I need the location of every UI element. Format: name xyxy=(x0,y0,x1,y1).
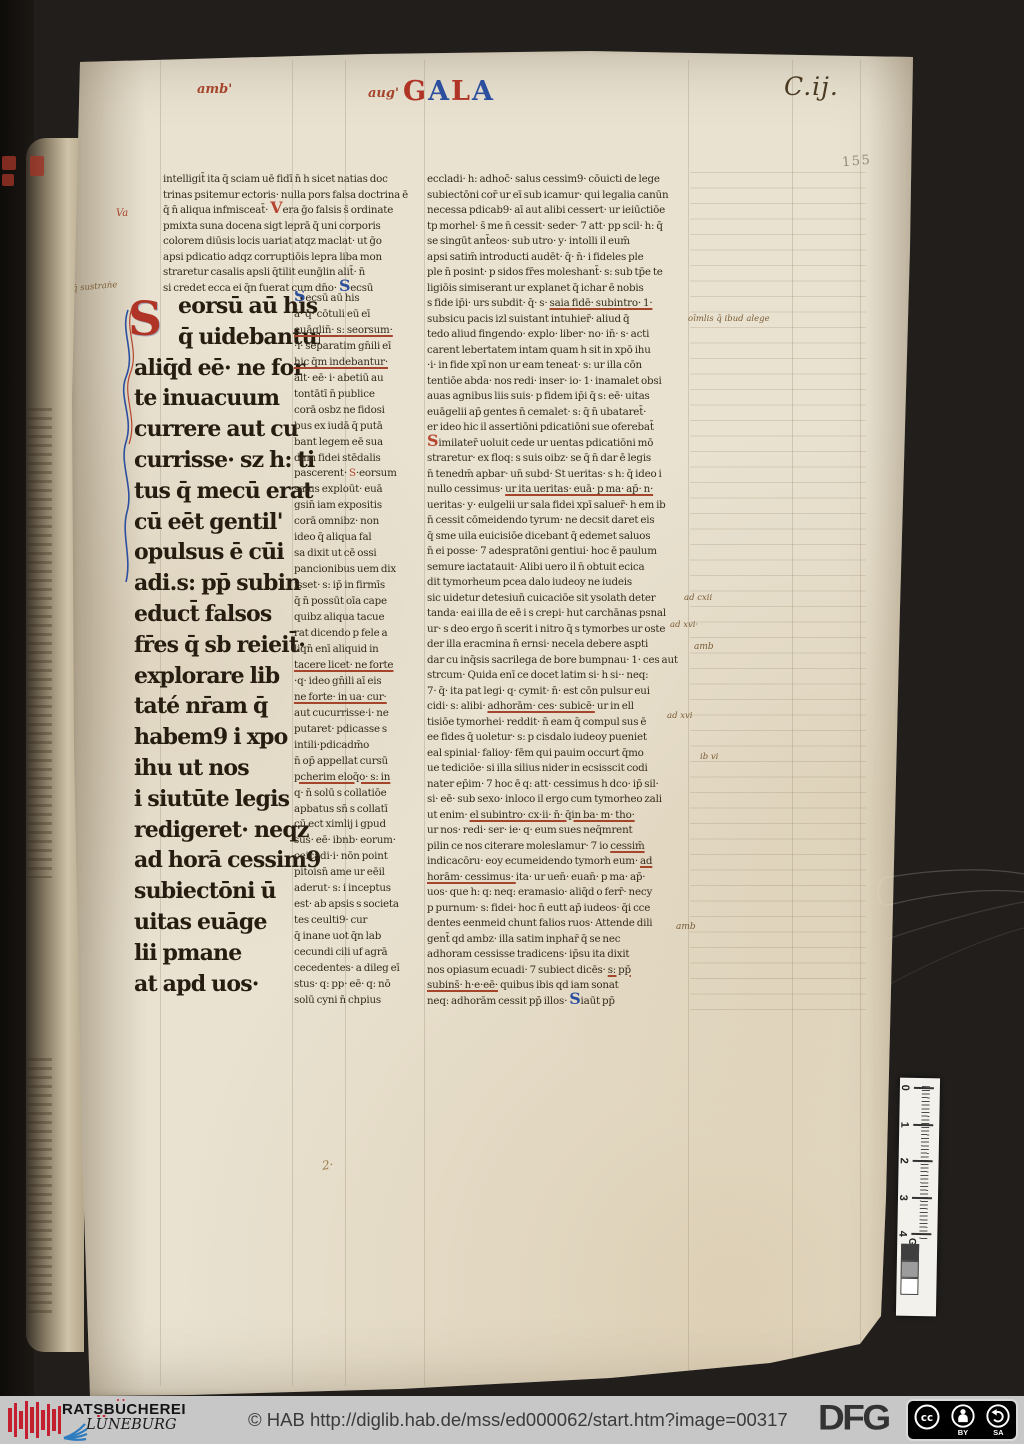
page-edge-text-fragments xyxy=(28,408,52,878)
text-line: amb xyxy=(676,922,696,932)
gray-patch-white xyxy=(900,1278,918,1295)
ruler-number: 2 xyxy=(898,1158,910,1164)
cc-by-label: BY xyxy=(958,1429,968,1437)
text-line: ad cxii xyxy=(684,593,712,603)
gray-patch-mid xyxy=(901,1261,919,1278)
red-initial-fragment xyxy=(2,174,14,186)
margin-notes: ν ıa ȷaVaq̄ sustraṅeoīmlis q̄ ibud alege… xyxy=(70,48,918,1396)
text-line xyxy=(47,1404,51,1436)
cc-license-badge[interactable]: cc BY SA xyxy=(906,1399,1018,1441)
text-line xyxy=(52,1409,56,1431)
cc-by-icon: BY xyxy=(950,1403,976,1437)
text-line xyxy=(58,1406,62,1434)
ruler-tick xyxy=(911,1233,931,1235)
text-line xyxy=(19,1411,23,1429)
credit-url[interactable]: © HAB http://diglib.hab.de/mss/ed000062/… xyxy=(248,1396,788,1444)
text-line: ib vi xyxy=(700,752,718,762)
text-line xyxy=(8,1408,12,1432)
ruler-tick xyxy=(913,1124,933,1126)
text-line xyxy=(36,1402,40,1438)
text-line: oīmlis q̄ ibud alege xyxy=(688,314,770,324)
gray-patch-dark xyxy=(901,1244,919,1261)
credit-bar: RATSBUCHEREI LUNEBURG © HAB http://digli… xyxy=(0,1396,1024,1444)
book-fan-icon xyxy=(62,1420,88,1442)
page-edge-text-fragments xyxy=(28,1058,52,1318)
text-line xyxy=(14,1403,18,1437)
ruler-number: 4 xyxy=(896,1231,908,1237)
text-line: q̄ sustraṅe xyxy=(72,280,118,294)
ruler-number: 1 xyxy=(898,1122,910,1128)
cc-icon: cc xyxy=(913,1403,941,1431)
parchment-page: amb' aug' GALA C.ij. 155 intelligit̄ ita… xyxy=(70,48,918,1396)
red-initial-fragment xyxy=(30,156,44,176)
text-line xyxy=(41,1410,45,1430)
red-initial-fragment xyxy=(2,156,16,170)
ruler-number: 0 xyxy=(899,1085,911,1091)
dfg-logo[interactable]: DFG xyxy=(818,1398,889,1438)
ruler-tick xyxy=(912,1197,932,1199)
text-line: ad xvi· xyxy=(670,620,698,630)
text-line: amb xyxy=(694,642,714,652)
cc-sa-icon: SA xyxy=(985,1403,1011,1437)
text-line: Va xyxy=(116,208,128,219)
svg-text:cc: cc xyxy=(921,1412,933,1424)
ruler-numbers: 01234 xyxy=(897,1078,940,1239)
manuscript-photo: amb' aug' GALA C.ij. 155 intelligit̄ ita… xyxy=(0,0,1024,1444)
page-holder-strip xyxy=(860,855,1024,1005)
ruler-tick xyxy=(914,1087,934,1089)
library-city: LUNEBURG xyxy=(86,1417,186,1433)
cc-sa-label: SA xyxy=(993,1429,1003,1437)
text-line: 2· xyxy=(321,1157,334,1172)
library-logo-bars xyxy=(8,1400,62,1440)
ruler-number: 3 xyxy=(897,1195,909,1201)
grayscale-ruler: 01234 Gray Scale xyxy=(896,1078,940,1317)
text-line xyxy=(25,1401,29,1439)
library-name: RATSBUCHEREI xyxy=(62,1401,186,1418)
text-line: ad xvi xyxy=(667,711,693,721)
text-line: ν ıa ȷa xyxy=(84,51,112,61)
ruler-tick xyxy=(913,1160,933,1162)
text-line xyxy=(30,1407,34,1433)
